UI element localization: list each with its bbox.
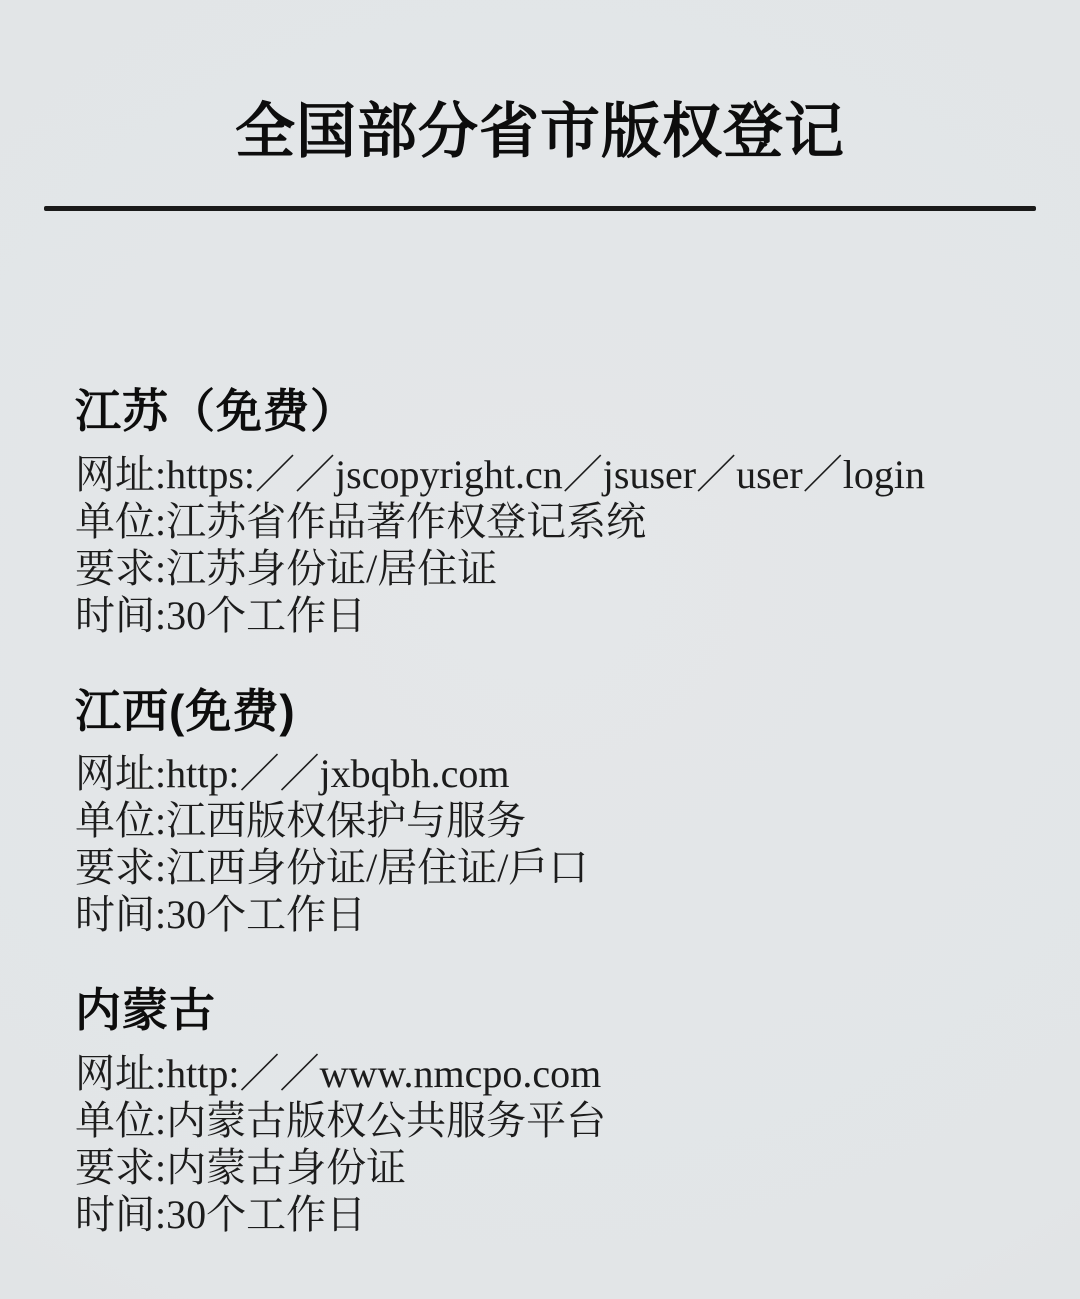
info-value-requirement: 内蒙古身份证	[166, 1145, 406, 1190]
province-heading: 江西(免费)	[75, 683, 1040, 741]
info-value-url: http:／／www.nmcpo.com	[166, 1051, 601, 1096]
info-value-requirement: 江西身份证/居住证/戶口	[166, 845, 588, 890]
province-heading: 江苏（免费）	[75, 383, 1040, 441]
info-line-requirement: 要求:江西身份证/居住证/戶口	[75, 844, 1040, 891]
info-value-url: http:／／jxbqbh.com	[166, 751, 509, 796]
info-label: 网址:	[75, 751, 166, 796]
info-line-duration: 时间:30个工作日	[75, 891, 1040, 938]
info-label: 时间:	[75, 593, 166, 638]
info-label: 要求:	[75, 1145, 166, 1190]
province-section-neimenggu: 内蒙古 网址:http:／／www.nmcpo.com 单位:内蒙古版权公共服务…	[75, 982, 1040, 1238]
province-section-jiangsu: 江苏（免费） 网址:https:／／jscopyright.cn／jsuser／…	[75, 383, 1040, 639]
info-value-unit: 江西版权保护与服务	[166, 798, 526, 843]
info-line-url: 网址:https:／／jscopyright.cn／jsuser／user／lo…	[75, 451, 1040, 498]
info-value-duration: 30个工作日	[166, 1192, 366, 1237]
copyright-registration-card: 全国部分省市版权登记 江苏（免费） 网址:https:／／jscopyright…	[0, 0, 1080, 1299]
info-label: 网址:	[75, 452, 166, 497]
info-line-unit: 单位:内蒙古版权公共服务平台	[75, 1097, 1040, 1144]
info-value-duration: 30个工作日	[166, 593, 366, 638]
info-value-unit: 内蒙古版权公共服务平台	[166, 1098, 606, 1143]
info-label: 单位:	[75, 499, 166, 544]
info-label: 时间:	[75, 892, 166, 937]
sections-list: 江苏（免费） 网址:https:／／jscopyright.cn／jsuser／…	[75, 383, 1040, 1238]
info-line-requirement: 要求:内蒙古身份证	[75, 1144, 1040, 1191]
page-title: 全国部分省市版权登记	[20, 84, 1060, 170]
info-value-unit: 江苏省作品著作权登记系统	[166, 499, 646, 544]
info-label: 单位:	[75, 1098, 166, 1143]
info-value-requirement: 江苏身份证/居住证	[166, 546, 497, 591]
info-line-duration: 时间:30个工作日	[75, 1191, 1040, 1238]
info-value-url: https:／／jscopyright.cn／jsuser／user／login	[166, 452, 925, 497]
info-line-unit: 单位:江西版权保护与服务	[75, 797, 1040, 844]
info-line-url: 网址:http:／／www.nmcpo.com	[75, 1050, 1040, 1097]
info-label: 单位:	[75, 798, 166, 843]
info-label: 要求:	[75, 546, 166, 591]
province-section-jiangxi: 江西(免费) 网址:http:／／jxbqbh.com 单位:江西版权保护与服务…	[75, 683, 1040, 939]
info-label: 时间:	[75, 1192, 166, 1237]
info-value-duration: 30个工作日	[166, 892, 366, 937]
info-line-url: 网址:http:／／jxbqbh.com	[75, 750, 1040, 797]
info-line-requirement: 要求:江苏身份证/居住证	[75, 545, 1040, 592]
info-line-duration: 时间:30个工作日	[75, 592, 1040, 639]
info-label: 要求:	[75, 845, 166, 890]
info-line-unit: 单位:江苏省作品著作权登记系统	[75, 498, 1040, 545]
title-divider	[44, 206, 1036, 211]
info-label: 网址:	[75, 1051, 166, 1096]
province-heading: 内蒙古	[75, 982, 1040, 1040]
